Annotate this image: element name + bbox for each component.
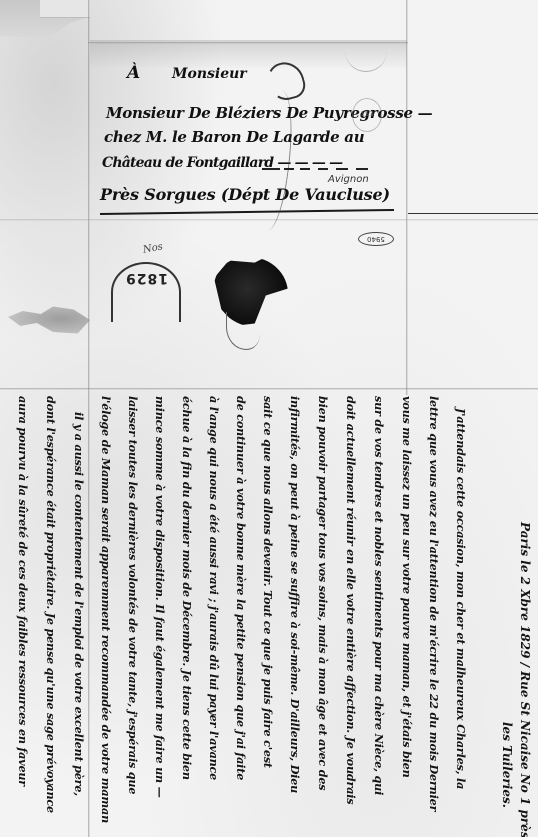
letter-dateline: Paris le 2 Xbre 1829 / Rue St Nicaise No… (518, 522, 532, 837)
letter-line: l'éloge de Maman serait apparemment reco… (99, 396, 113, 823)
faint-postmark-text: 153 (360, 111, 373, 119)
letter-line: laisser toutes les dernières volontés de… (126, 396, 140, 794)
fold-line (0, 388, 538, 390)
letter-line: doit actuellement réunir en elle votre e… (344, 396, 358, 804)
letter-line: sait ce que nous allons devenir. Tout ce… (261, 396, 275, 768)
letter-line: échue à la fin du dernier mois de Décemb… (180, 396, 194, 780)
letter-line: aura pourvu à la sûreté de ces deux faib… (16, 396, 30, 786)
letter-line: bien pouvoir partager tous vos soins, ma… (316, 396, 330, 790)
address-dash (336, 168, 348, 170)
letter-line: de continuer à votre bonne mère la petit… (234, 396, 248, 780)
faint-postmark: 153 (352, 98, 382, 132)
postmark-year: 1829 (125, 270, 168, 286)
fold-line (408, 213, 538, 214)
letter-line: mince somme à votre disposition. Il faut… (153, 396, 167, 798)
letter-line: dont l'espérance était propriétaire. Je … (44, 396, 58, 813)
address-dash (262, 168, 280, 170)
address-salutation: À (127, 63, 140, 83)
faint-circle-stamp (345, 30, 387, 72)
address-line-town: Près Sorgues (Dépt De Vaucluse) (100, 185, 390, 204)
archive-stamp: 5940 (358, 232, 394, 246)
letter-line: lettre que vous avez eu l'attention de m… (427, 396, 441, 811)
letter-line: à l'ange qui nous a été aussi ravi ; j'a… (207, 396, 221, 780)
address-annotation-city: Avignon (328, 174, 369, 185)
address-dash (284, 168, 294, 170)
address-line-care-of: chez M. le Baron De Lagarde au (104, 128, 364, 146)
letter-line: J'attendais cette occasion, mon cher et … (454, 408, 468, 789)
letter-body: Paris le 2 Xbre 1829 / Rue St Nicaise No… (0, 392, 538, 837)
archive-stamp-number: 5940 (367, 235, 385, 243)
letter-line: infirmités, on peut à peine se suffire à… (288, 396, 302, 793)
address-title: Monsieur (172, 66, 247, 82)
address-dash (300, 168, 310, 170)
letter-dateline-2: les Tuileries. (500, 722, 514, 808)
address-dash (318, 168, 328, 170)
letter-line: vous me laissez un peu sur votre pauvre … (400, 396, 414, 778)
address-dash (356, 168, 368, 170)
torn-corner-edge (40, 0, 90, 18)
letter-line: il y a aussi le contentement de l'emploi… (72, 412, 86, 796)
letter-line: sur de vos tendres et nobles sentiments … (372, 396, 386, 795)
